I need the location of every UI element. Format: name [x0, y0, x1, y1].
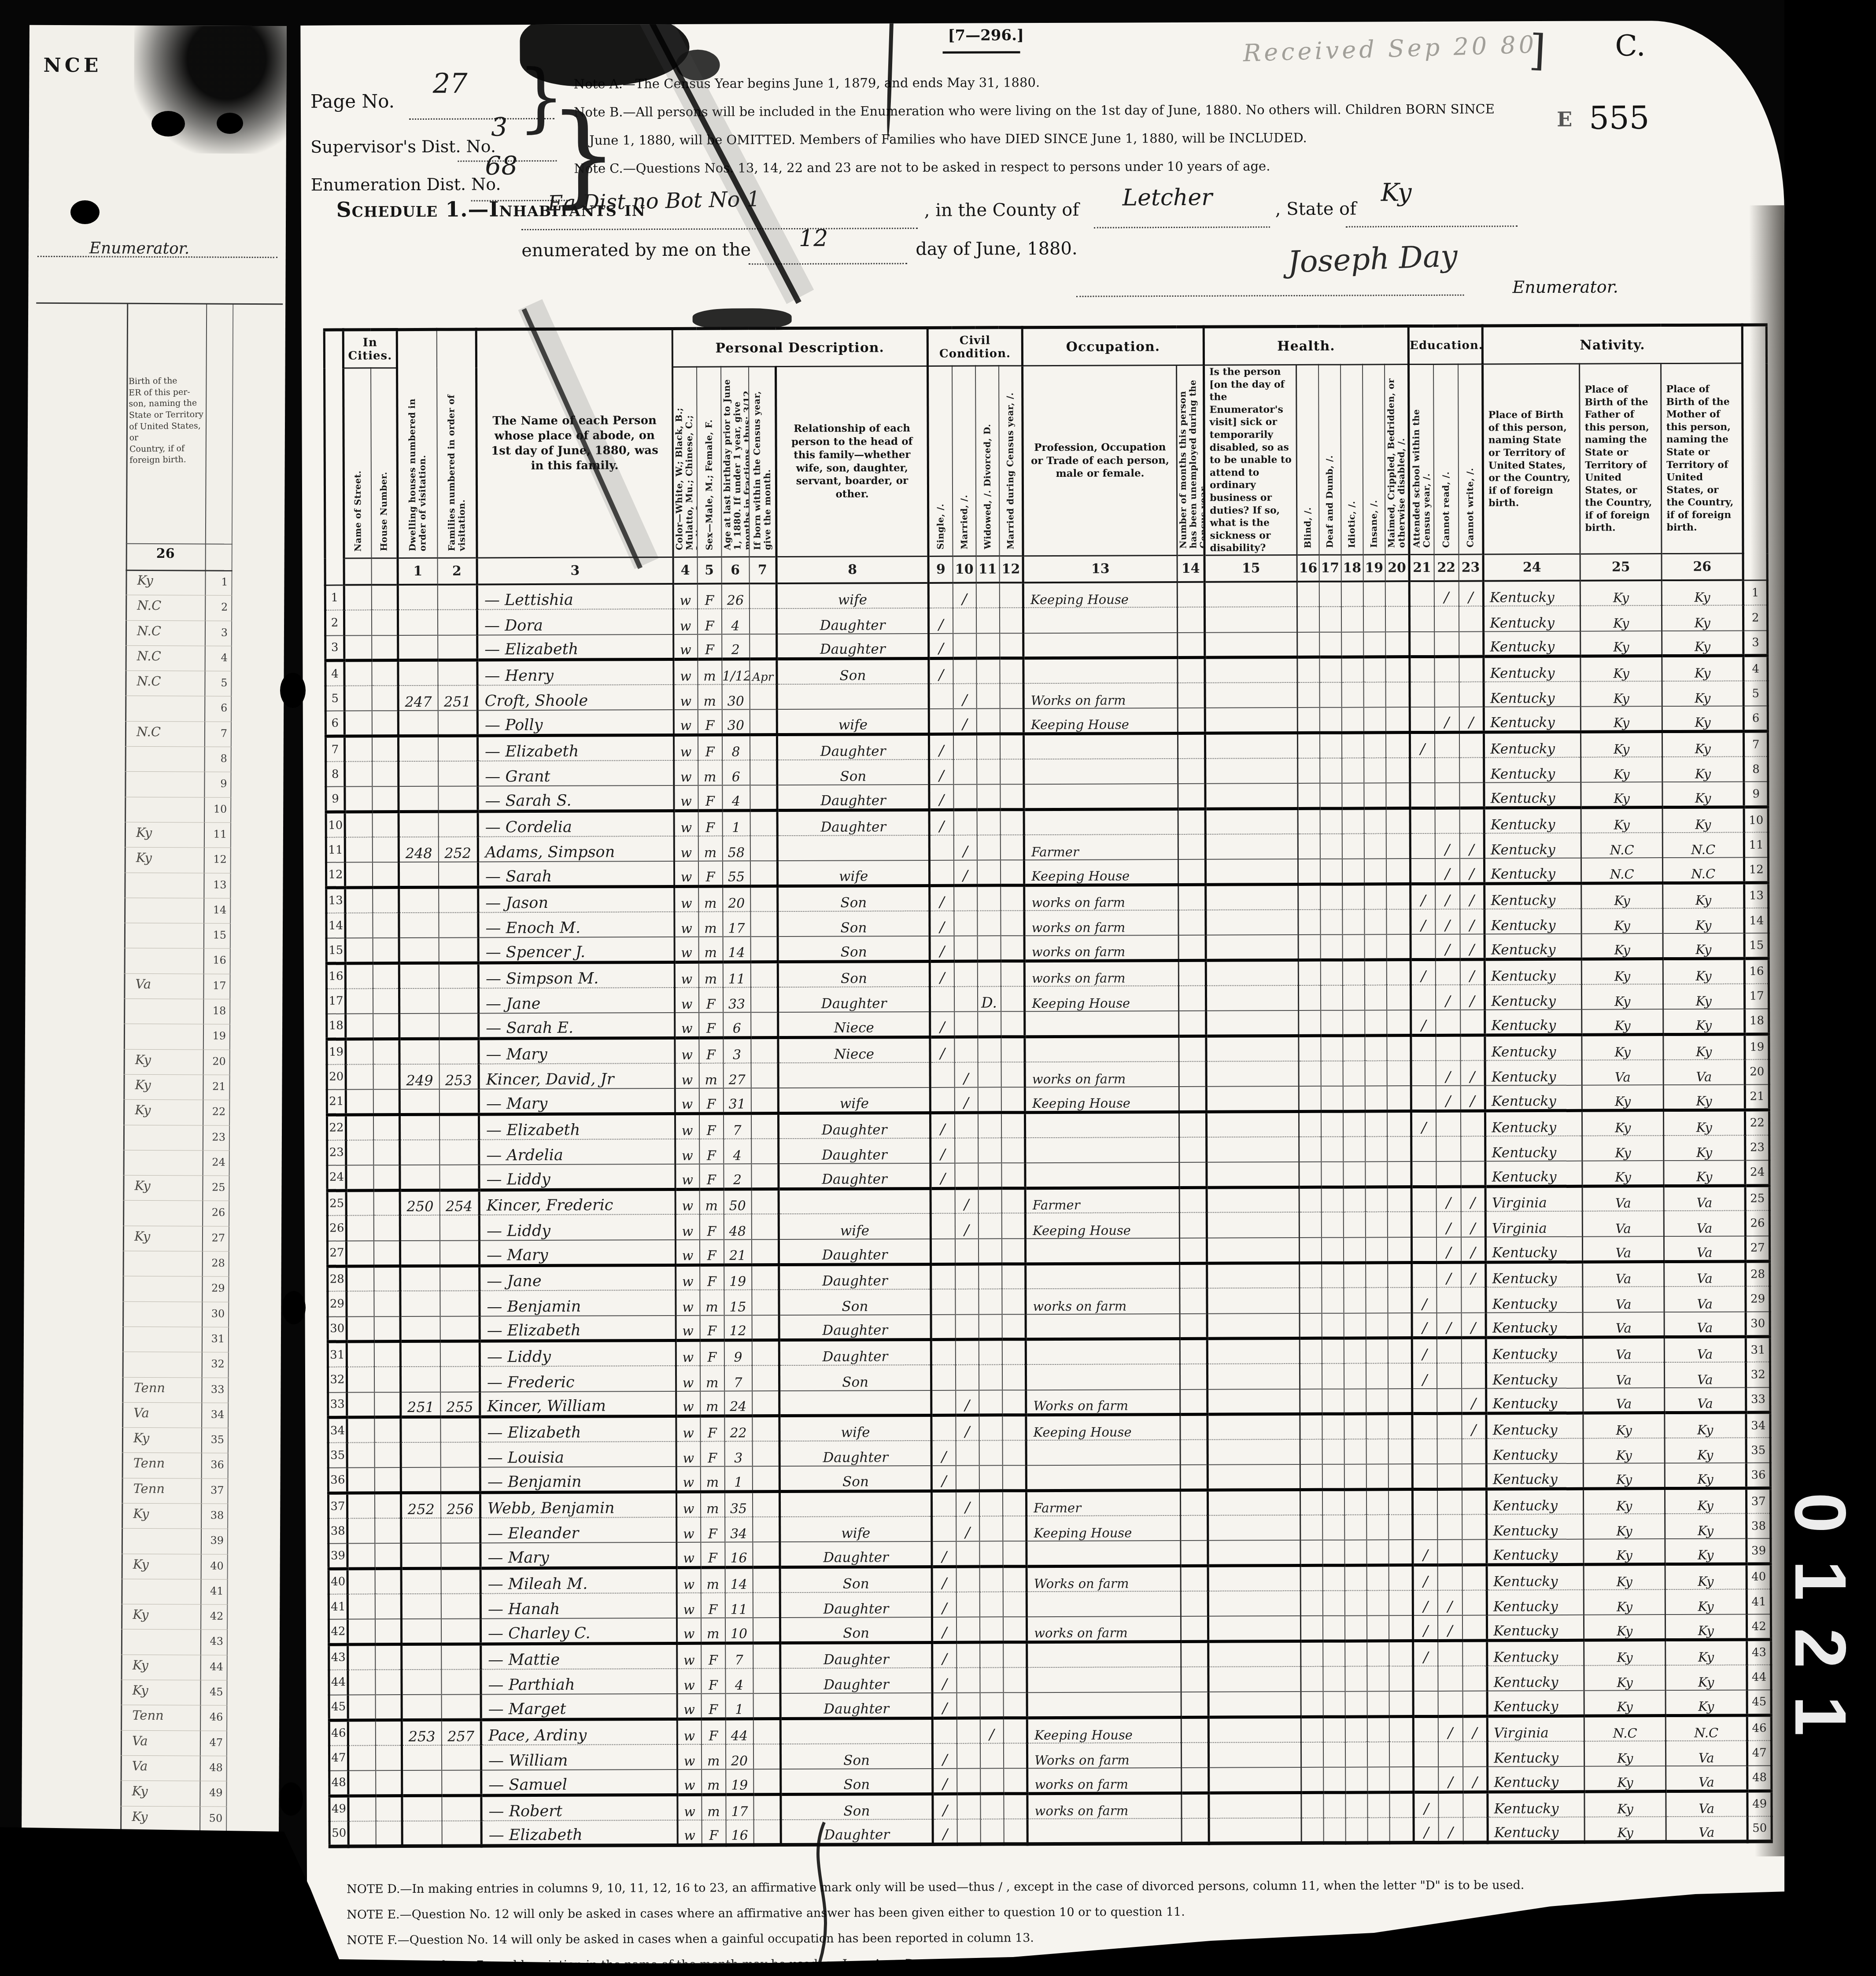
idiotic-mark [1345, 1792, 1367, 1817]
prev-row-number: 40 [210, 1559, 224, 1572]
col-unemployed-header: Number of months this person has been un… [1177, 365, 1205, 555]
blind-mark [1299, 1086, 1321, 1111]
col-cannot-write-header: Cannot write, /. [1458, 364, 1484, 554]
row-number: 47 [329, 1745, 348, 1770]
relationship: Daughter [779, 1264, 931, 1290]
row-number: 39 [329, 1544, 347, 1569]
mother-birthplace: Ky [1666, 1690, 1747, 1716]
cannot-write-mark: / [1459, 833, 1484, 858]
relationship: Daughter [779, 1138, 931, 1164]
months-unemployed [1179, 1061, 1206, 1087]
family-number [442, 1795, 481, 1821]
birth-month [753, 1593, 780, 1618]
months-unemployed [1182, 1818, 1209, 1843]
single-mark: / [931, 1163, 955, 1188]
insane-mark [1363, 632, 1385, 657]
age: 15 [724, 1290, 752, 1316]
col-number: 2 [437, 558, 477, 585]
widowed-mark [976, 684, 1000, 709]
widowed-mark [977, 860, 1000, 885]
widowed-mark [979, 1314, 1002, 1339]
school-mark [1412, 1262, 1437, 1287]
person-name: — Mattie [481, 1643, 677, 1669]
deaf-mark [1320, 910, 1342, 935]
months-unemployed [1178, 658, 1205, 683]
cannot-write-mark [1459, 758, 1484, 783]
cannot-write-mark: / [1461, 1212, 1485, 1237]
disabled-mark [1388, 1414, 1412, 1439]
birth-month [753, 1744, 780, 1770]
widowed-mark [976, 709, 1000, 734]
color: w [675, 1063, 699, 1088]
married-in-year-mark [1000, 785, 1024, 810]
disabled-mark [1386, 884, 1411, 909]
age: 14 [723, 936, 750, 962]
birth-month [752, 1290, 779, 1315]
color: w [674, 937, 698, 962]
married-in-year-mark [1002, 1390, 1026, 1415]
months-unemployed [1178, 809, 1205, 834]
person-name: — Robert [481, 1795, 677, 1821]
single-mark: / [929, 759, 953, 785]
color: w [677, 1795, 702, 1820]
person-name: — Elizabeth [477, 634, 673, 660]
page-no-label: Page No. [310, 90, 395, 112]
person-name: Kincer, Frederic [479, 1189, 675, 1215]
col-sickness-header: Is the person [on the day of the Enumera… [1204, 365, 1297, 556]
father-birthplace: Va [1582, 1211, 1664, 1237]
col-number: 20 [1385, 555, 1409, 582]
dwelling-number [399, 988, 439, 1014]
sex: F [701, 1694, 725, 1719]
prev-row-entry: Ky [133, 1658, 148, 1673]
dwelling-number [398, 711, 438, 736]
family-number: 252 [438, 837, 478, 862]
person-name: — Elizabeth [481, 1820, 677, 1846]
single-mark: / [931, 1138, 955, 1163]
cannot-write-mark: / [1461, 1262, 1486, 1287]
disabled-mark [1388, 1439, 1412, 1464]
idiotic-mark [1344, 1590, 1366, 1615]
school-mark: / [1412, 1363, 1437, 1388]
idiotic-mark [1345, 1717, 1367, 1742]
col-relationship-header: Relationship of each person to the head … [776, 366, 929, 557]
occupation [1027, 1818, 1182, 1844]
father-birthplace: Va [1582, 1186, 1664, 1211]
prev-page-row: 5N.C [125, 671, 232, 697]
prev-row-number: 16 [213, 954, 226, 966]
family-number [441, 1695, 481, 1720]
widowed-mark [979, 1491, 1002, 1516]
col-number: 24 [1483, 554, 1580, 581]
single-mark: / [929, 785, 953, 810]
married-in-year-mark [1002, 1314, 1026, 1339]
married-in-year-mark [1001, 961, 1024, 986]
sex: F [699, 1013, 723, 1038]
prev-page-row: 10 [125, 797, 231, 822]
months-unemployed [1180, 1238, 1207, 1263]
house-number [373, 1241, 400, 1266]
occupation [1026, 1440, 1180, 1466]
sex: F [697, 584, 721, 609]
street [347, 1417, 374, 1443]
sex: F [699, 1113, 723, 1139]
row-number: 17 [326, 988, 345, 1014]
cannot-write-mark: / [1461, 1237, 1486, 1262]
col-widowed-header: Widowed, /. Divorced, D. [975, 366, 1000, 556]
insane-mark [1365, 1111, 1387, 1136]
disabled-mark [1388, 1464, 1412, 1489]
prev-page-row: 22Ky [123, 1100, 230, 1125]
birth-month [750, 684, 777, 710]
street [347, 1367, 374, 1393]
father-birthplace: Ky [1584, 1690, 1666, 1716]
school-mark [1413, 1515, 1437, 1540]
blind-mark [1299, 1061, 1321, 1086]
insane-mark [1365, 1212, 1387, 1237]
mother-birthplace: Va [1664, 1312, 1746, 1337]
single-mark [932, 1718, 956, 1743]
sickness [1207, 1111, 1299, 1137]
disabled-mark [1388, 1237, 1412, 1262]
cannot-write-mark: / [1460, 1060, 1485, 1085]
color: w [676, 1341, 700, 1366]
prev-page-row: 6 [125, 696, 232, 722]
birthplace: Kentucky [1486, 1262, 1583, 1287]
person-name: — Enoch M. [478, 912, 674, 938]
widowed-mark [979, 1592, 1003, 1617]
house-number [373, 988, 399, 1014]
col-idiotic-header: Idiotic, /. [1341, 365, 1363, 555]
father-birthplace: Ky [1581, 757, 1662, 782]
months-unemployed [1178, 935, 1206, 961]
sickness [1207, 1338, 1300, 1364]
mother-birthplace: Ky [1664, 1110, 1745, 1135]
row-number: 16 [326, 963, 345, 988]
disabled-mark [1385, 657, 1410, 682]
birthplace: Kentucky [1488, 1817, 1584, 1842]
idiotic-mark [1343, 1061, 1365, 1086]
row-number: 30 [328, 1316, 347, 1342]
school-mark: / [1413, 1615, 1438, 1641]
blind-mark [1301, 1666, 1323, 1692]
widowed-mark [977, 961, 1001, 986]
birth-month [750, 710, 777, 735]
table-row: 50— ElizabethwF16Daughter///KentuckyKyVa… [329, 1816, 1772, 1847]
age: 33 [723, 987, 750, 1013]
sickness [1205, 607, 1297, 632]
color: w [676, 1265, 700, 1290]
sex: F [699, 1214, 724, 1239]
deaf-mark [1323, 1616, 1345, 1641]
deaf-mark [1319, 582, 1341, 607]
blind-mark [1299, 985, 1321, 1010]
person-name: — Grant [478, 760, 674, 786]
occupation: works on farm [1027, 1768, 1182, 1794]
school-mark [1410, 833, 1435, 859]
birthplace: Kentucky [1486, 1464, 1583, 1489]
cannot-write-mark [1459, 682, 1484, 707]
cannot-read-mark [1437, 1464, 1462, 1489]
dwelling-number: 247 [398, 686, 438, 711]
insane-mark [1364, 783, 1386, 808]
sickness [1205, 834, 1298, 859]
col-number: 25 [1580, 554, 1662, 581]
sex: m [700, 1366, 724, 1391]
blind-mark [1300, 1364, 1322, 1389]
disabled-mark [1388, 1313, 1412, 1338]
widowed-mark [980, 1819, 1004, 1844]
deaf-mark [1320, 808, 1342, 833]
color: w [673, 735, 698, 760]
school-mark [1414, 1742, 1438, 1767]
mother-birthplace: Ky [1665, 1513, 1747, 1539]
school-mark [1410, 808, 1435, 833]
school-mark: / [1411, 909, 1435, 934]
col-blind-header: Blind, /. [1296, 365, 1319, 555]
months-unemployed [1178, 834, 1205, 860]
row-number: 5 [325, 686, 344, 711]
married-mark [956, 1541, 979, 1567]
months-unemployed [1180, 1339, 1207, 1364]
father-birthplace: Ky [1583, 1438, 1665, 1464]
sex: F [698, 735, 722, 760]
blind-mark [1297, 682, 1319, 708]
house-number [372, 837, 399, 863]
prev-row-number: 33 [211, 1383, 225, 1395]
prev-row-entry: Ky [133, 1430, 149, 1445]
family-number [439, 1165, 479, 1190]
house-number [376, 1770, 402, 1796]
col-number: 23 [1459, 554, 1483, 581]
birthplace: Kentucky [1485, 1085, 1582, 1111]
prev-page-row: 43 [121, 1629, 228, 1655]
single-mark: / [933, 1794, 957, 1819]
school-mark: / [1411, 1111, 1436, 1136]
relationship: Daughter [780, 1541, 932, 1567]
prev-row-number: 38 [210, 1509, 224, 1522]
deaf-mark [1321, 1187, 1343, 1212]
prev-page-rows: 1Ky2N.C3N.C4N.C5N.C67N.C891011Ky12Ky1314… [120, 570, 232, 1832]
idiotic-mark [1344, 1439, 1366, 1464]
person-name: — Liddy [479, 1214, 675, 1240]
occupation [1023, 658, 1178, 684]
cannot-read-mark [1437, 1414, 1462, 1439]
street [345, 812, 372, 837]
insane-mark [1366, 1389, 1388, 1414]
mother-birthplace: Ky [1663, 933, 1744, 959]
group-occupation: Occupation. [1022, 327, 1204, 365]
father-birthplace: Va [1583, 1362, 1665, 1388]
dwelling-number [401, 1467, 440, 1493]
single-mark [929, 709, 953, 734]
married-in-year-mark [1001, 1037, 1025, 1062]
occupation: works on farm [1024, 960, 1178, 986]
married-mark [956, 1642, 980, 1667]
father-birthplace: Ky [1584, 1615, 1666, 1640]
col-birthplace-header: Place of Birth of this person, naming St… [1483, 364, 1581, 554]
house-number [376, 1821, 402, 1847]
blind-mark [1297, 582, 1319, 607]
birth-month [750, 861, 777, 886]
prev-row-entry: Tenn [133, 1380, 165, 1395]
idiotic-mark [1342, 833, 1364, 859]
age: 30 [722, 685, 750, 710]
col-number [344, 558, 371, 585]
sickness [1209, 1742, 1301, 1768]
relationship [779, 1491, 931, 1517]
person-name: — Sarah [478, 861, 674, 887]
col-deaf-header: Deaf and Dumb, /. [1318, 365, 1341, 555]
widowed-mark [976, 734, 1000, 759]
dwelling-number [402, 1670, 441, 1695]
punch-hole [282, 1291, 306, 1324]
street [345, 988, 373, 1014]
prev-row-entry: Ky [134, 1178, 150, 1193]
col-father-birthplace-header: Place of Birth of the Father of this per… [1580, 364, 1662, 554]
sickness [1207, 1212, 1299, 1238]
color: w [676, 1290, 700, 1315]
single-mark: / [930, 1012, 954, 1037]
married-mark [956, 1718, 980, 1743]
prev-page-row: 32 [122, 1352, 229, 1378]
widowed-mark [976, 582, 999, 608]
note-f: NOTE F.—Question No. 14 will only be ask… [347, 1931, 1034, 1947]
mother-birthplace: Ky [1665, 1412, 1746, 1438]
disabled-mark [1389, 1742, 1414, 1767]
months-unemployed [1178, 910, 1206, 936]
color: w [674, 886, 698, 911]
school-mark [1411, 1136, 1436, 1161]
blind-mark [1298, 834, 1320, 859]
cannot-write-mark [1459, 631, 1484, 656]
dwelling-number [399, 938, 439, 963]
cannot-write-mark: / [1463, 1766, 1488, 1792]
color: w [674, 962, 698, 987]
married-in-year-mark [1003, 1567, 1027, 1592]
insane-mark [1364, 859, 1386, 884]
color: w [675, 1239, 699, 1264]
day-value: 12 [799, 225, 828, 252]
house-number [375, 1695, 402, 1720]
prev-page-row: 16 [124, 948, 231, 974]
col-number: 10 [953, 556, 976, 583]
months-unemployed [1178, 632, 1205, 658]
sickness [1206, 960, 1298, 985]
school-mark: / [1413, 1540, 1437, 1565]
cannot-write-mark [1462, 1666, 1487, 1691]
cannot-read-mark [1437, 1363, 1462, 1388]
row-number: 40 [329, 1569, 347, 1594]
person-name: Croft, Shoole [477, 685, 673, 711]
color: w [676, 1441, 700, 1467]
age: 11 [723, 962, 750, 988]
father-birthplace: Ky [1584, 1741, 1666, 1766]
house-number [376, 1795, 402, 1821]
color: w [674, 861, 698, 886]
page-no-value: 27 [433, 67, 468, 100]
relationship: Son [780, 1617, 932, 1643]
age: 17 [723, 911, 750, 937]
prev-header-fragment-line: son, naming the [129, 398, 204, 410]
sickness [1208, 1515, 1300, 1541]
house-number [371, 585, 398, 610]
color: w [676, 1366, 700, 1391]
married-in-year-mark [1002, 1289, 1026, 1314]
idiotic-mark [1343, 1187, 1365, 1212]
cannot-read-mark: / [1436, 1060, 1460, 1085]
mother-birthplace: Ky [1665, 1589, 1747, 1615]
age: 7 [724, 1366, 752, 1391]
family-number [438, 711, 477, 736]
birth-month [753, 1643, 780, 1669]
prev-row-number: 32 [211, 1358, 225, 1370]
birth-month [749, 583, 776, 609]
prev-row-entry: Va [132, 1758, 148, 1773]
cannot-write-mark: / [1460, 909, 1485, 934]
insane-mark [1365, 1036, 1387, 1061]
family-number [439, 1240, 479, 1266]
previous-page-edge: NCE Enumerator. Birth of theER of this p… [22, 25, 287, 1837]
prev-page-row: 28 [123, 1251, 229, 1277]
dwelling-number [402, 1745, 441, 1770]
disabled-mark [1386, 733, 1410, 758]
previous-page-text-fragment: NCE [43, 54, 102, 77]
row-number: 2 [325, 610, 344, 635]
birthplace: Kentucky [1486, 1413, 1583, 1439]
insane-mark [1367, 1817, 1389, 1843]
family-number: 257 [441, 1720, 481, 1745]
color: w [677, 1694, 701, 1719]
col-number: 16 [1297, 555, 1319, 582]
sickness [1208, 1616, 1301, 1641]
age: 1 [725, 1693, 753, 1719]
prev-row-entry: Ky [132, 1683, 148, 1698]
row-number-header [324, 330, 344, 585]
mother-birthplace: Ky [1662, 580, 1743, 605]
family-number: 251 [438, 686, 477, 711]
sickness [1205, 708, 1297, 733]
married-in-year-mark [1001, 911, 1024, 936]
person-name: — Elizabeth [480, 1416, 676, 1442]
row-number: 31 [328, 1342, 347, 1367]
street [347, 1442, 374, 1468]
color: w [675, 1189, 699, 1214]
place-line [521, 228, 918, 230]
single-mark: / [930, 1037, 954, 1062]
insane-mark [1366, 1288, 1388, 1313]
dwelling-number [400, 1241, 439, 1266]
single-mark: / [933, 1819, 957, 1844]
cannot-read-mark [1436, 1010, 1460, 1035]
sex: F [701, 1593, 725, 1618]
single-mark: / [933, 1769, 957, 1794]
family-number [439, 1089, 479, 1114]
relationship: Daughter [777, 734, 929, 760]
dwelling-number [399, 887, 439, 913]
person-name: — William [481, 1744, 677, 1770]
prev-row-entry: Ky [133, 1556, 149, 1571]
sex: F [699, 1038, 723, 1063]
col-number: 22 [1434, 554, 1459, 581]
sickness [1206, 1061, 1299, 1087]
widowed-mark: / [980, 1718, 1003, 1743]
dwelling-number: 248 [399, 837, 438, 863]
col-number: 5 [697, 557, 721, 584]
sex: F [697, 609, 721, 634]
relationship [779, 1390, 931, 1416]
prev-row-number: 41 [210, 1585, 224, 1597]
